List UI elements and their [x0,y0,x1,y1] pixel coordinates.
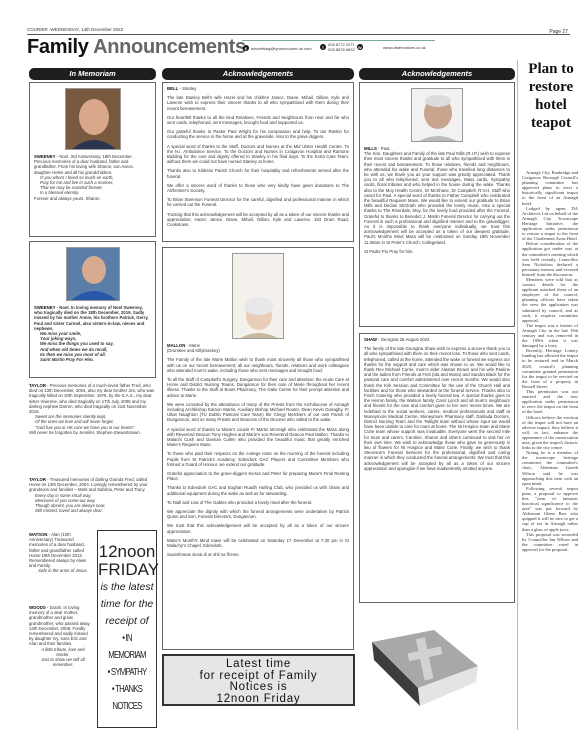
title-announcements: Announcements [93,36,246,58]
contact-rule [242,40,435,41]
acknowledgements-header-2: Acknowledgements [359,68,515,80]
article-headline: Plan to restore hotel teapot [522,60,580,132]
web-icon: W [357,44,363,50]
dateline: COURIER -WEDNESDAY, 14th December 2022 [27,27,123,32]
email-contact[interactable]: E advertising@tyronecourier.uk.com [243,45,312,51]
column-divider [517,60,518,730]
mallon-acknowledgement: MALLON - Marie(Drumkee and Killybrackey)… [162,247,354,650]
watson-memoriam: WATSON - Alan (10th Anniversary) Treasur… [29,532,91,597]
portrait-photo-mallon [232,253,284,339]
header-rule [27,34,570,35]
article-body: Armagh City, Banbridge and Craigavon Bor… [522,170,578,552]
portrait-photo-mills [411,88,463,142]
mills-acknowledgement: MILLS - Paul.The Son, Daughters and Fami… [359,82,515,327]
taylor-memoriam-2: TAYLOR - Treasured memories of darling G… [29,477,156,525]
title-family: Family [27,36,89,58]
page-title: Family Announcements [27,36,246,59]
website-link[interactable]: www.ulsternotices.co.uk [383,45,426,50]
portrait-photo-sweeney-2 [66,247,120,301]
deadline-notice-box: 12noon FRIDAY is the latest time for the… [97,530,157,728]
bell-acknowledgement: BELL - Stanley The late Stanley Bell's w… [162,82,354,242]
bible-icon [358,628,480,708]
shaw-acknowledgement: SHAW - Georgina 26 August 2022 The famil… [359,333,515,603]
website-contact[interactable]: www.ulsternotices.co.uk [383,45,426,50]
email-address[interactable]: advertising@tyronecourier.uk.com [251,46,312,51]
in-memoriam-header: In Memoriam [29,68,156,80]
phone-contact: T 028 8772 2271 028 8676 6692 W [320,42,363,52]
phone-icon: T [320,44,326,50]
portrait-photo-sweeney [65,88,121,150]
entry-text: SWEENEY - Noel. In loving memory of Noel… [34,305,151,362]
email-icon: E [243,45,249,51]
latest-time-banner: Latest time for receipt of Family Notice… [162,654,355,706]
acknowledgements-header: Acknowledgements [162,68,354,80]
sweeney-memoriam-2: SWEENEY - Noel. In loving memory of Noel… [29,241,156,378]
woods-memoriam: WOODS - Sarah. In loving memory of a dea… [29,605,91,705]
taylor-memoriam-1: TAYLOR - Precious memories of a much-lov… [29,383,156,468]
entry-text: SWEENEY - Noel, 3rd Anniversary, 18th De… [34,154,151,201]
sweeney-memoriam-1: SWEENEY - Noel, 3rd Anniversary, 18th De… [29,82,156,237]
phone-2: 028 8676 6692 [328,47,355,52]
